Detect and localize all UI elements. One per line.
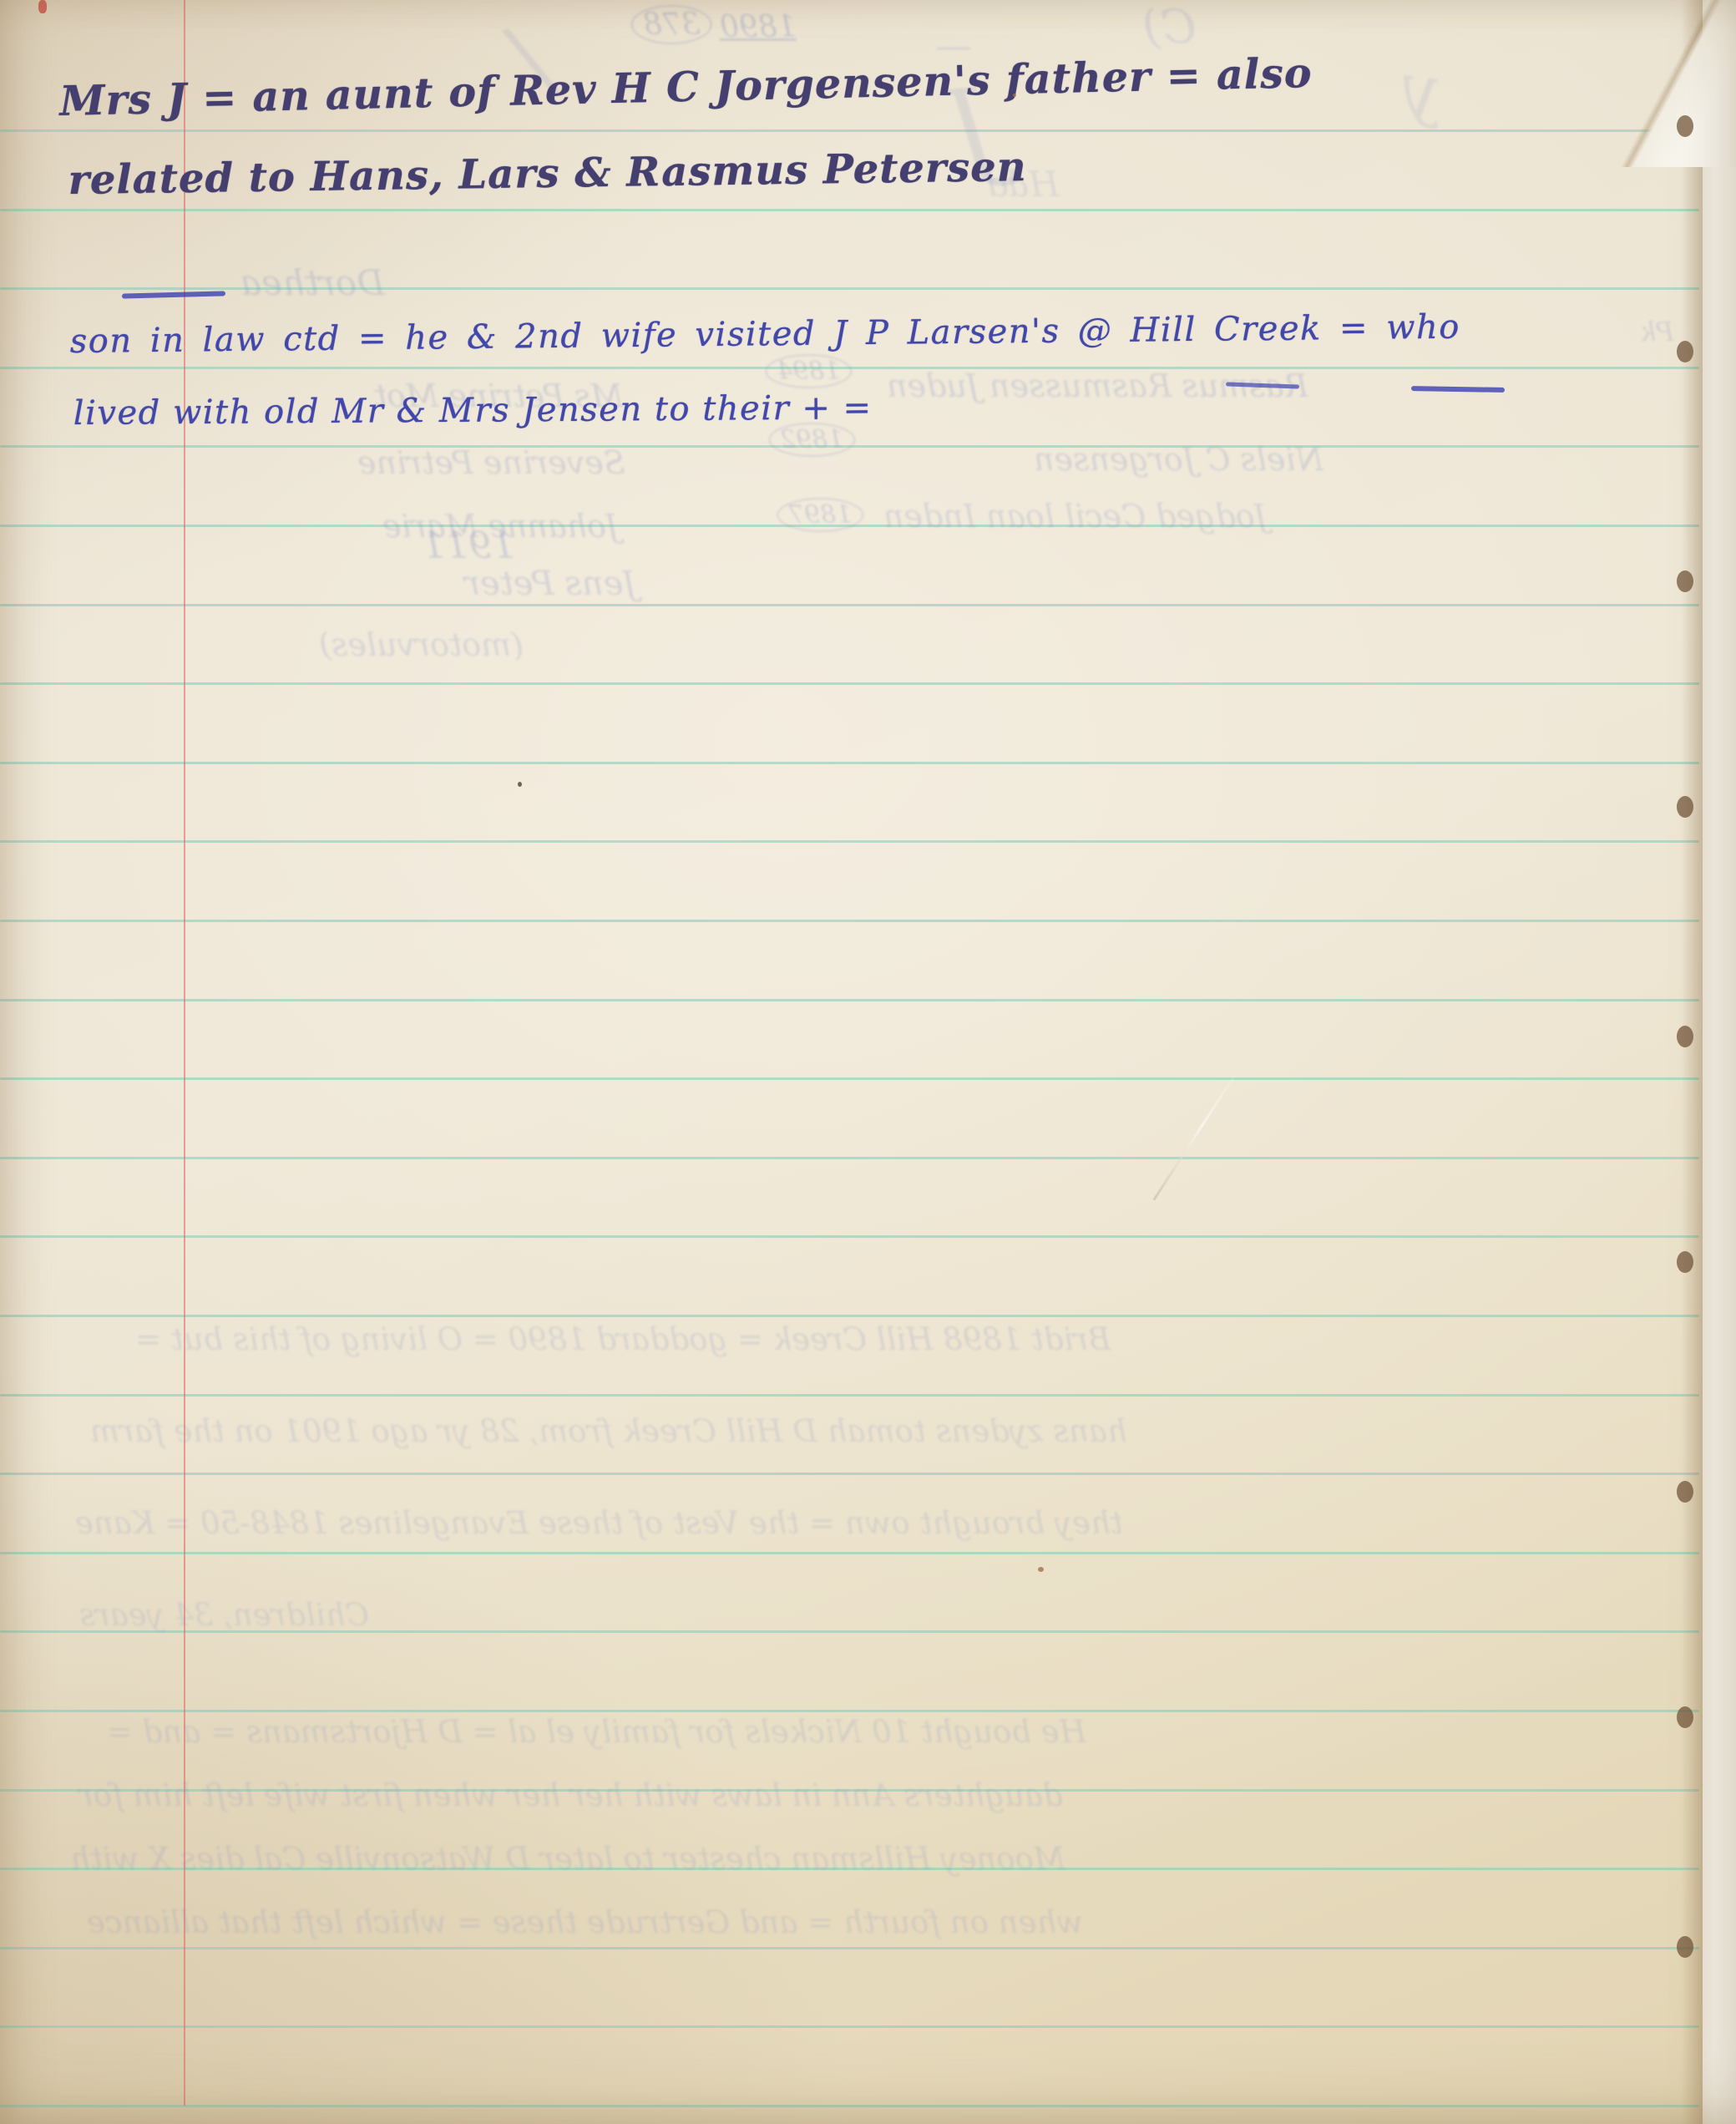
bleed-through-text: Pk — [1640, 316, 1674, 347]
bleed-through-text: Bridt 1898 Hill Creek = goddard 1890 = O… — [135, 1321, 1111, 1357]
ruled-line — [0, 920, 1699, 922]
ruled-line — [0, 2025, 1699, 2028]
stitch-hole — [1677, 570, 1693, 592]
ruled-line — [0, 209, 1699, 211]
ruled-line — [0, 840, 1699, 843]
paper-speck — [1038, 1567, 1044, 1572]
folded-corner — [1611, 0, 1736, 167]
stitch-hole — [1677, 1481, 1693, 1503]
bleed-through-text: Jodged Cecil loan Inden — [883, 498, 1268, 535]
stitch-hole — [1677, 1706, 1693, 1728]
stitch-hole — [1677, 1026, 1693, 1047]
ruled-line — [0, 1315, 1699, 1317]
bleed-through-text: when on fourth = and Gertrude these = wh… — [87, 1904, 1083, 1940]
bleed-through-text: hans zydens tomah D Hill Creek from, 28 … — [90, 1413, 1127, 1449]
red-ink-mark — [38, 0, 47, 13]
ruled-line — [0, 1077, 1699, 1080]
bleed-through-text: Severine Petrine — [357, 444, 625, 481]
bleed-through-text: 1897 — [777, 498, 863, 532]
ruled-line — [0, 999, 1699, 1001]
ruled-line — [0, 1947, 1699, 1949]
bleed-through-text: Children, 34 years — [79, 1597, 369, 1633]
stitch-hole — [1677, 796, 1693, 818]
page-edge-shadow — [1681, 0, 1704, 2124]
bleed-through-text: (motorvules) — [319, 626, 524, 663]
handwritten-line-4: lived with old Mr & Mrs Jensen to their … — [73, 388, 873, 433]
bleed-through-text: He bought 10 Nickels for family el al = … — [107, 1714, 1086, 1750]
ruled-line — [0, 1710, 1699, 1712]
ruled-line — [0, 1473, 1699, 1475]
paper-speck — [518, 782, 522, 787]
ruled-line — [0, 1235, 1699, 1238]
ruled-line — [0, 129, 1699, 132]
bleed-through-text: 378 — [631, 5, 712, 44]
bleed-through-text: Mooney Hillsman chester to later D Watso… — [70, 1841, 1065, 1877]
stitch-hole — [1677, 1251, 1693, 1273]
bleed-through-text: 1911 — [422, 525, 515, 567]
ruled-line — [0, 1157, 1699, 1159]
bleed-through-text: 1892 — [768, 423, 855, 457]
stitch-hole — [1677, 115, 1693, 137]
ruled-line — [0, 604, 1699, 606]
ruled-line — [0, 762, 1699, 764]
bleed-through-text: C) — [1142, 0, 1197, 54]
bleed-through-text: Dorthea — [240, 262, 385, 303]
paper-speck — [1013, 94, 1016, 97]
bleed-through-text: 1894 — [765, 354, 852, 388]
ruled-line — [0, 682, 1699, 685]
ruled-line — [0, 1552, 1699, 1554]
bleed-through-text: Jens Peter — [464, 565, 636, 603]
bleed-through-text: 1890 — [720, 10, 797, 44]
bleed-through-text: they brought own = the Vest of these Eva… — [75, 1505, 1123, 1541]
scanner-background-strip — [1703, 0, 1736, 2124]
ruled-line — [0, 1394, 1699, 1397]
notebook-page: /3781890—C)JyHadDortheaPkMs Petrine Mot1… — [0, 0, 1736, 2124]
ruled-line — [0, 2105, 1699, 2107]
stitch-hole — [1677, 341, 1693, 362]
bleed-through-text: Niels C Jorgensen — [1034, 441, 1324, 478]
stitch-hole — [1677, 1936, 1693, 1958]
bleed-through-text: daughters Ann in laws with her her when … — [78, 1777, 1063, 1813]
